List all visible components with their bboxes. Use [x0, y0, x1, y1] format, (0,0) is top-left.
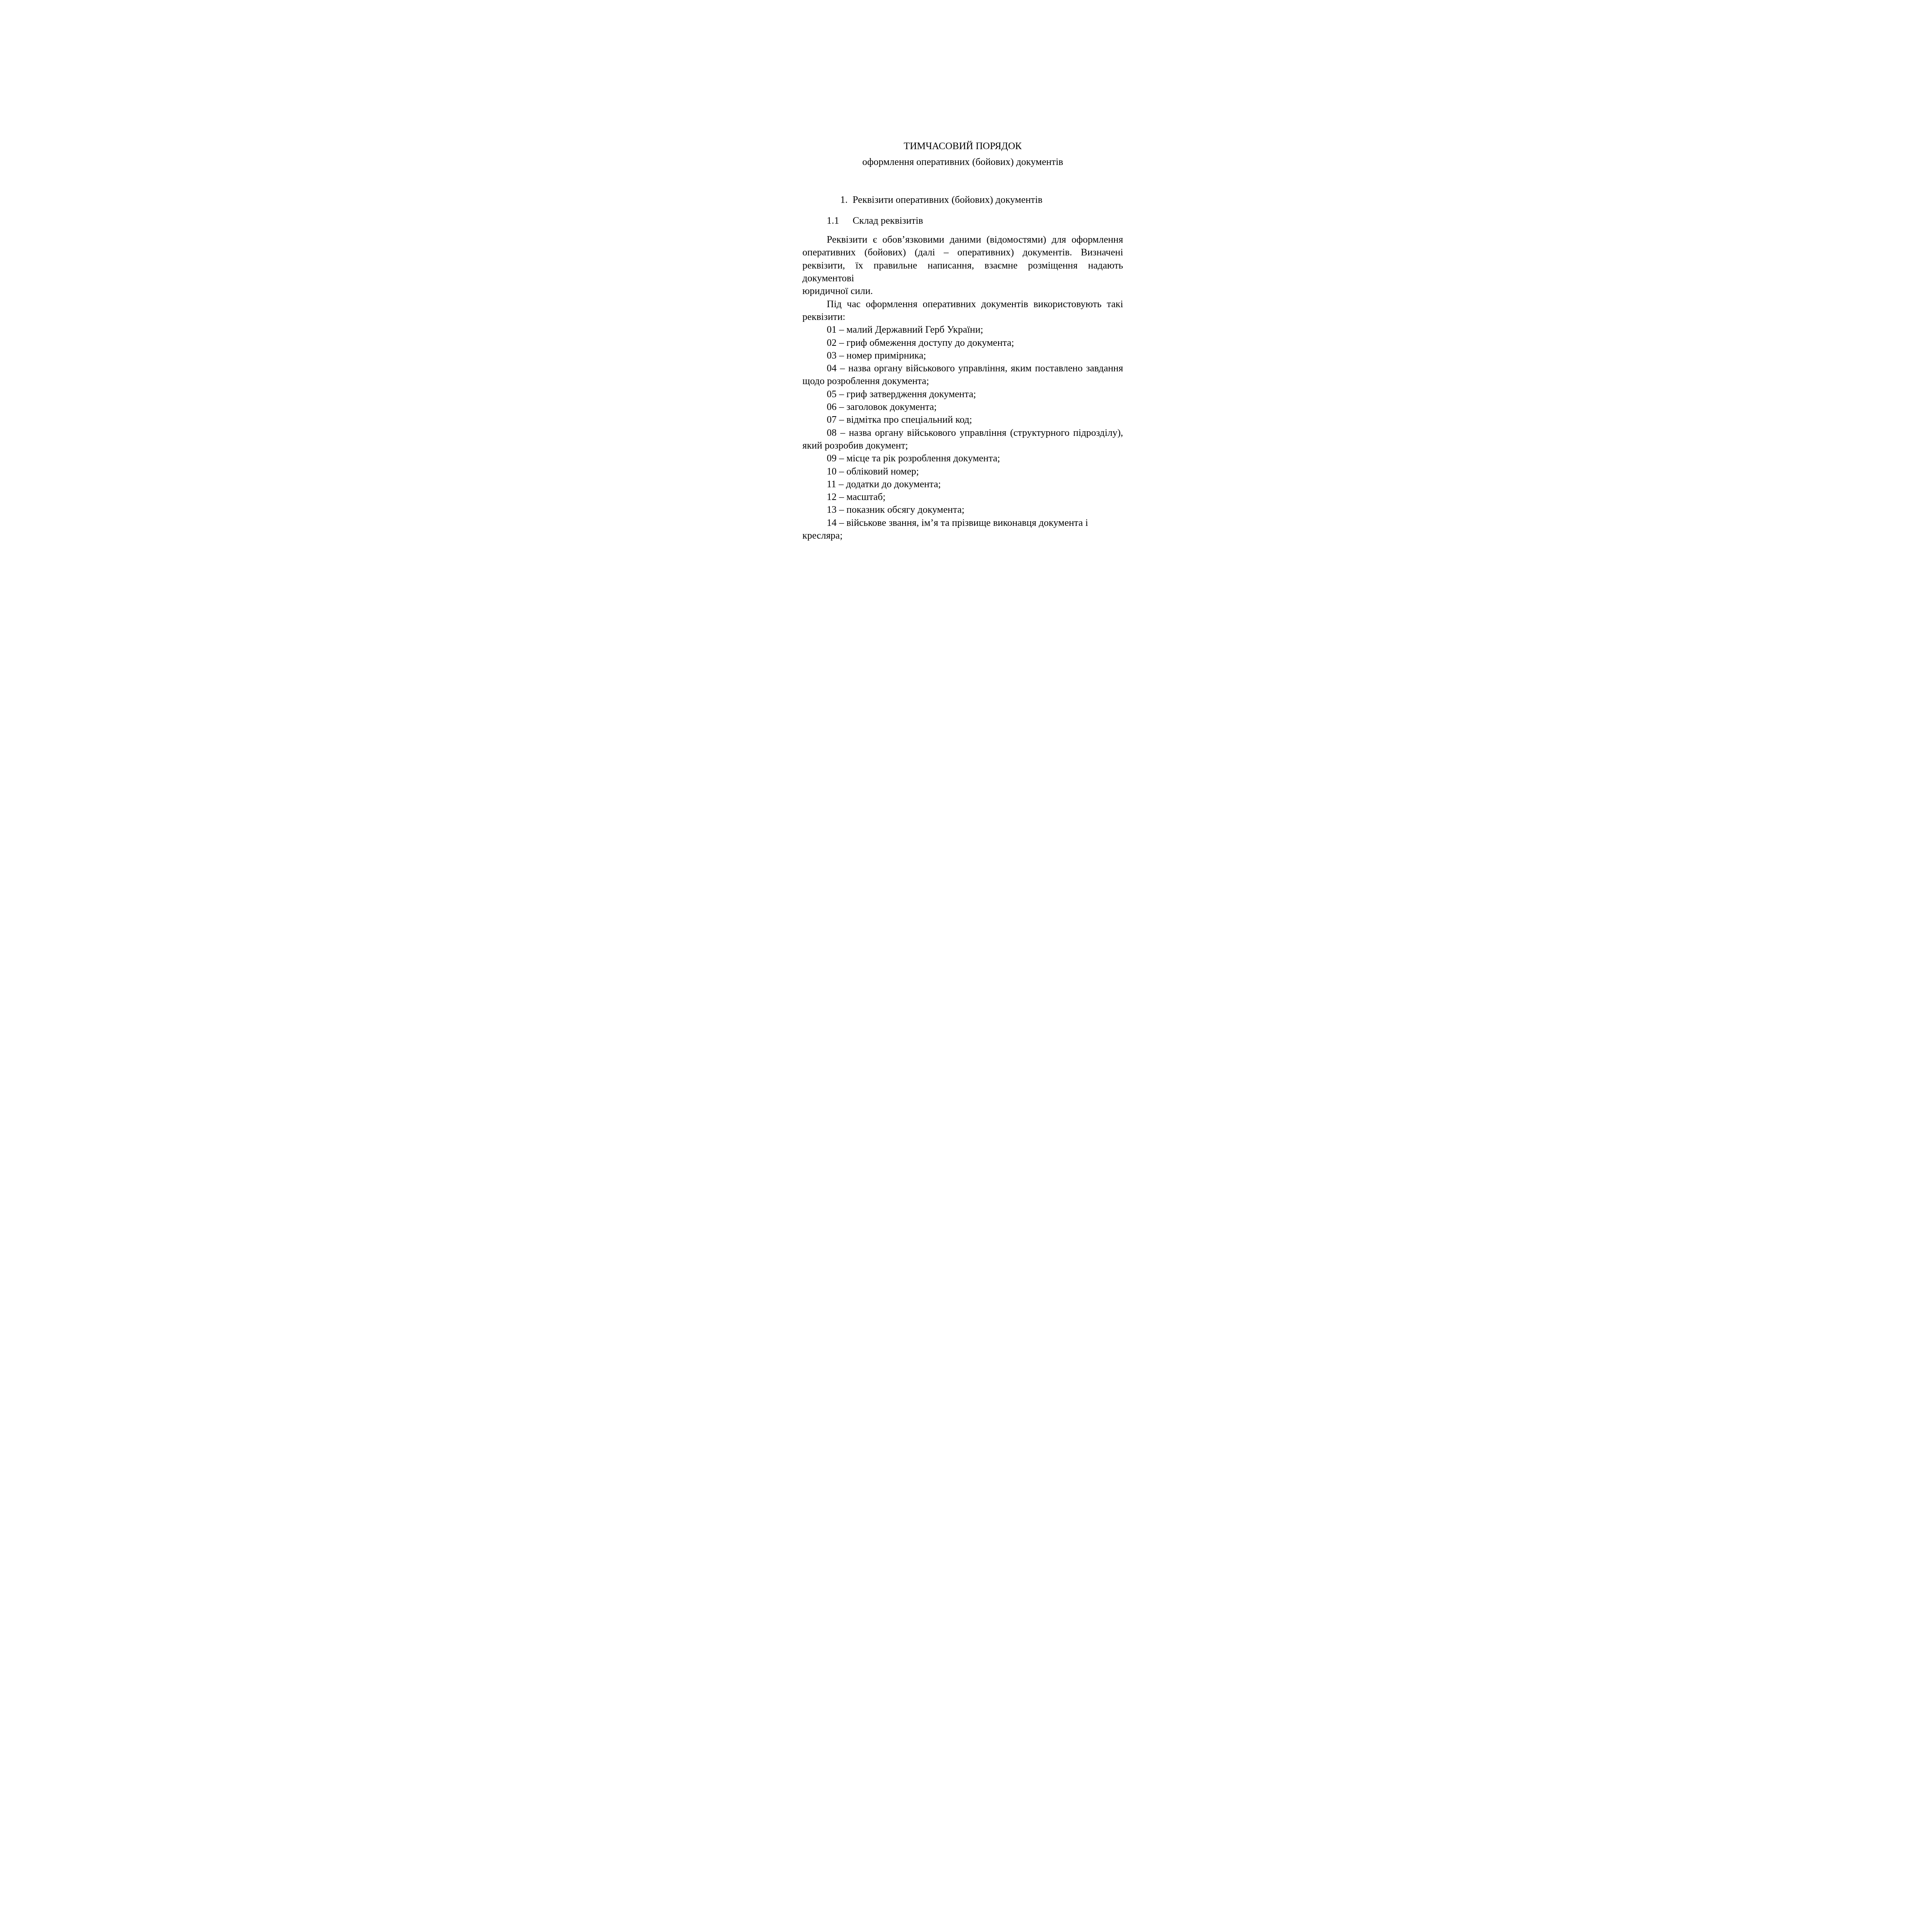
text-line: Реквізити є обов’язковими даними (відомо…: [803, 233, 1123, 246]
text-line: 06 – заголовок документа;: [803, 400, 1123, 413]
section-heading-label: Реквізити оперативних (бойових) документ…: [853, 194, 1043, 205]
document-subtitle: оформлення оперативних (бойових) докумен…: [803, 155, 1123, 168]
subsection-heading-label: Склад реквізитів: [853, 215, 923, 226]
text-line: 14 – військове звання, ім’я та прізвище …: [803, 516, 1123, 529]
text-line: 08 – назва органу військового управління…: [803, 426, 1123, 439]
requisite-item-04: 04 – назва органу військового управління…: [803, 362, 1123, 388]
text-line: юридичної сили.: [803, 284, 1123, 297]
requisite-item-13: 13 – показник обсягу документа;: [803, 503, 1123, 516]
requisites-lead-paragraph: Під час оформлення оперативних документі…: [803, 298, 1123, 323]
text-line: 04 – назва органу військового управління…: [803, 362, 1123, 374]
intro-paragraph: Реквізити є обов’язковими даними (відомо…: [803, 233, 1123, 297]
text-line: 11 – додатки до документа;: [803, 478, 1123, 490]
text-line: 07 – відмітка про спеціальний код;: [803, 413, 1123, 426]
document-body: Реквізити є обов’язковими даними (відомо…: [803, 233, 1123, 542]
text-line: щодо розроблення документа;: [803, 374, 1123, 387]
text-line: 03 – номер примірника;: [803, 349, 1123, 362]
requisite-item-05: 05 – гриф затвердження документа;: [803, 388, 1123, 400]
subsection-heading-number: 1.1: [827, 214, 853, 227]
requisite-item-12: 12 – масштаб;: [803, 490, 1123, 503]
document-title: ТИМЧАСОВИЙ ПОРЯДОК: [803, 139, 1123, 152]
text-line: 13 – показник обсягу документа;: [803, 503, 1123, 516]
section-heading-number: 1.: [840, 193, 853, 206]
document-page: ТИМЧАСОВИЙ ПОРЯДОК оформлення оперативни…: [746, 0, 1171, 601]
requisite-item-08: 08 – назва органу військового управління…: [803, 426, 1123, 452]
text-line: 10 – обліковий номер;: [803, 465, 1123, 478]
requisite-item-03: 03 – номер примірника;: [803, 349, 1123, 362]
requisite-item-10: 10 – обліковий номер;: [803, 465, 1123, 478]
text-line: 02 – гриф обмеження доступу до документа…: [803, 336, 1123, 349]
text-line: який розробив документ;: [803, 439, 1123, 452]
requisite-item-09: 09 – місце та рік розроблення документа;: [803, 452, 1123, 464]
text-line: кресляра;: [803, 529, 1123, 542]
requisite-item-02: 02 – гриф обмеження доступу до документа…: [803, 336, 1123, 349]
requisite-item-07: 07 – відмітка про спеціальний код;: [803, 413, 1123, 426]
text-line: 09 – місце та рік розроблення документа;: [803, 452, 1123, 464]
text-line: 12 – масштаб;: [803, 490, 1123, 503]
subsection-heading: 1.1Склад реквізитів: [827, 214, 1123, 227]
requisite-item-06: 06 – заголовок документа;: [803, 400, 1123, 413]
requisite-item-14: 14 – військове звання, ім’я та прізвище …: [803, 516, 1123, 542]
requisite-item-01: 01 – малий Державний Герб України;: [803, 323, 1123, 336]
text-line: 05 – гриф затвердження документа;: [803, 388, 1123, 400]
requisite-item-11: 11 – додатки до документа;: [803, 478, 1123, 490]
document-content: ТИМЧАСОВИЙ ПОРЯДОК оформлення оперативни…: [746, 0, 1171, 542]
text-line: реквізити:: [803, 310, 1123, 323]
section-heading: 1.Реквізити оперативних (бойових) докуме…: [840, 193, 1123, 206]
title-block: ТИМЧАСОВИЙ ПОРЯДОК оформлення оперативни…: [803, 139, 1123, 168]
text-line: оперативних (бойових) (далі – оперативни…: [803, 246, 1123, 259]
text-line: 01 – малий Державний Герб України;: [803, 323, 1123, 336]
text-line: Під час оформлення оперативних документі…: [803, 298, 1123, 310]
text-line: реквізити, їх правильне написання, взаєм…: [803, 259, 1123, 285]
